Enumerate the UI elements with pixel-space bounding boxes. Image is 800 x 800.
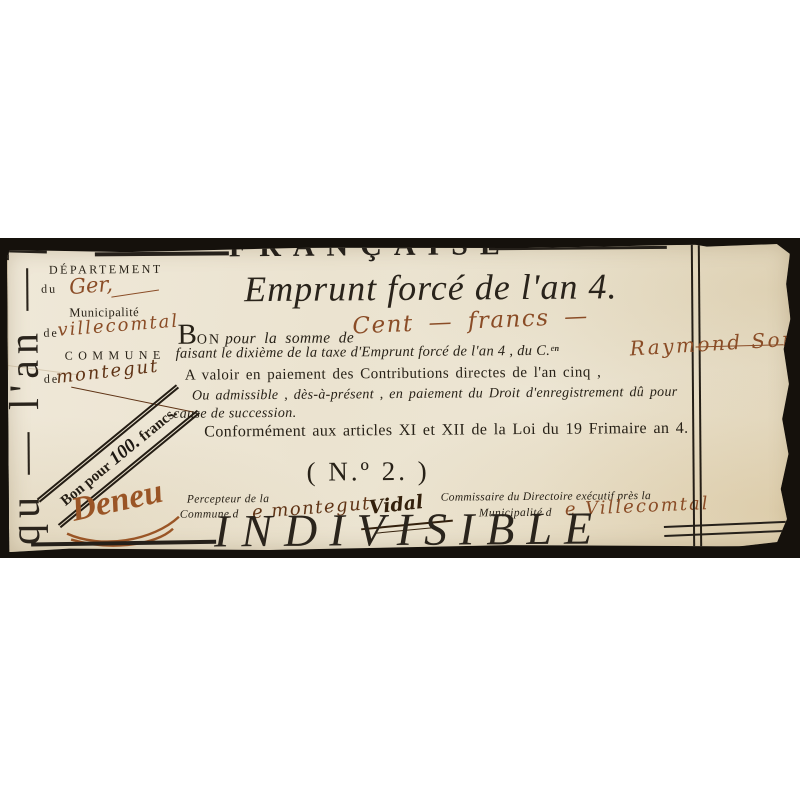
dixieme-line: faisant le dixième de la taxe d'Emprunt … (176, 343, 560, 363)
stamp-suffix: francs. (136, 405, 180, 445)
admissible-line: Ou admissible , dès-à-présent , en paiem… (192, 385, 678, 405)
bond-number: ( N.º 2. ) (306, 456, 429, 488)
document-title: Emprunt forcé de l'an 4. (244, 265, 618, 310)
header-rule-right (489, 246, 667, 250)
paper-rotation-wrapper: qu — l'an — De FRANÇAISE Emprunt forcé d… (7, 244, 792, 552)
citizen-name-handwritten: Raymond Sorbet (629, 324, 800, 360)
conformement-line: Conformément aux articles XI et XII de l… (204, 420, 688, 442)
departement-prefix: du (41, 282, 57, 297)
scanned-document-photo: qu — l'an — De FRANÇAISE Emprunt forcé d… (0, 0, 800, 800)
pen-flourish (111, 290, 159, 298)
bond-paper: qu — l'an — De FRANÇAISE Emprunt forcé d… (7, 244, 792, 552)
footer-rule-right (664, 521, 786, 537)
valoir-line: A valoir en paiement des Contributions d… (185, 364, 602, 384)
header-rule-left (95, 251, 229, 256)
stamp-amount-handwritten: 100. (105, 432, 144, 469)
departement-handwritten-value: Ger, (68, 272, 113, 299)
counterfoil-divider-rule (691, 245, 702, 547)
